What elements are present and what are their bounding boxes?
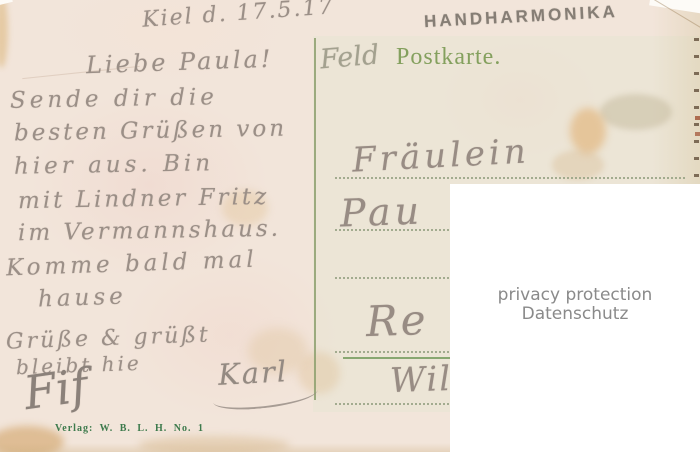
stain bbox=[600, 94, 672, 130]
privacy-overlay: privacy protection Datenschutz bbox=[450, 184, 700, 452]
handwritten-initials: Fif bbox=[21, 358, 92, 420]
message-line: besten Grüßen von bbox=[14, 116, 287, 147]
handwritten-signature: Karl bbox=[217, 354, 289, 392]
message-line: im Vermannshaus. bbox=[18, 216, 281, 247]
message-line: hier aus. Bin bbox=[14, 150, 215, 179]
privacy-line-en: privacy protection bbox=[450, 286, 700, 305]
stain bbox=[552, 150, 604, 180]
message-salutation: Liebe Paula! bbox=[86, 45, 274, 80]
corner-crease-line bbox=[652, 0, 700, 31]
right-edge-red-mark bbox=[695, 116, 700, 120]
message-line: Komme bald mal bbox=[6, 247, 258, 282]
center-divider-line bbox=[314, 38, 316, 400]
stain bbox=[570, 108, 606, 154]
stain bbox=[138, 436, 290, 452]
message-line: hause bbox=[38, 283, 128, 312]
right-edge-red-mark bbox=[695, 132, 700, 136]
publisher-imprint: Verlag: W. B. L. H. No. 1 bbox=[55, 423, 204, 434]
address-line-name-fragment: Pau bbox=[339, 189, 423, 236]
bottom-edge-stain bbox=[0, 443, 460, 452]
stain bbox=[298, 352, 340, 394]
pencil-caps-note: HANDHARMONIKA bbox=[424, 2, 619, 32]
message-line: Sende dir die bbox=[10, 84, 218, 114]
privacy-overlay-text: privacy protection Datenschutz bbox=[450, 286, 700, 324]
privacy-line-de: Datenschutz bbox=[450, 305, 700, 324]
torn-corner-top-right bbox=[649, 0, 700, 15]
postcard-scan: Postkarte. Verlag: W. B. L. H. No. 1 Kie… bbox=[0, 0, 700, 452]
handwritten-date: Kiel d. 17.5.17 bbox=[141, 0, 335, 33]
postkarte-printed-title: Postkarte. bbox=[396, 44, 501, 71]
address-line-town-fragment: Re bbox=[365, 295, 429, 346]
message-line: Grüße & grüßt bbox=[6, 322, 212, 354]
address-line-street-fragment: Wil bbox=[389, 359, 452, 401]
stain bbox=[0, 0, 8, 68]
corner-notch-top-left bbox=[0, 0, 13, 6]
message-line: mit Lindner Fritz bbox=[18, 184, 270, 214]
handwritten-feld-prefix: Feld bbox=[319, 39, 381, 75]
address-line-fraeulein: Fräulein bbox=[351, 131, 531, 180]
